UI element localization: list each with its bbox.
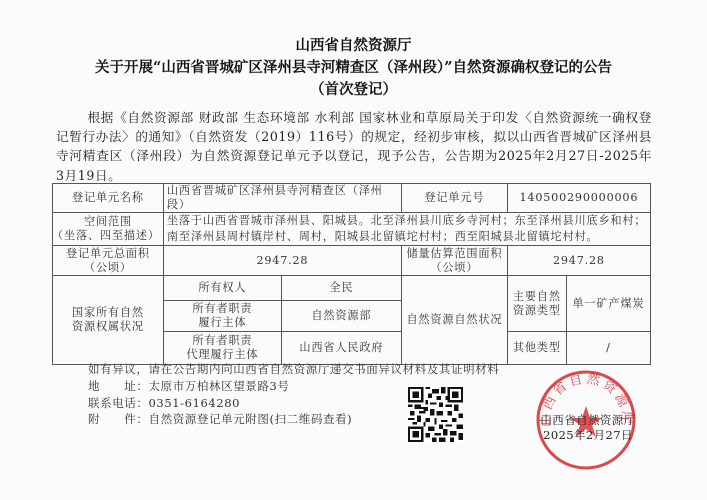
attachment-value: 自然资源登记单元附图(扫二维码查看)	[149, 412, 353, 426]
total-area-label: 登记单元总面积 （公顷）	[53, 246, 164, 276]
announcement-subtitle: （首次登记）	[0, 79, 707, 101]
main-type-label: 主要自然 资源类型	[507, 276, 566, 332]
attachment-label: 附 件：	[88, 411, 149, 428]
duty-value: 自然资源部	[281, 301, 401, 332]
total-area-value: 2947.28	[163, 246, 401, 276]
announcement-body: 根据《自然资源部 财政部 生态环境部 水利部 国家林业和草原局关于印发〈自然资源…	[56, 108, 652, 185]
duty-label-line2: 履行主体	[167, 316, 278, 330]
unit-name-label: 登记单元名称	[53, 184, 164, 213]
table-row: 国家所有自然 资源权属状况 所有权人 全民 自然资源自然状况 主要自然 资源类型…	[53, 276, 651, 301]
scope-value: 坐落于山西省晋城市泽州县、阳城县。北至泽州县川底乡寺河村；东至泽州县川底乡和村；…	[163, 213, 650, 246]
unit-no-value: 140500290000006	[507, 184, 650, 213]
scope-label: 空间范围 （坐落、四至描述）	[53, 213, 164, 246]
issuer-heading: 山西省自然资源厅	[0, 35, 707, 57]
total-area-label-line2: （公顷）	[56, 261, 160, 275]
registration-table: 登记单元名称 山西省晋城矿区泽州县寺河精查区（泽州段） 登记单元号 140500…	[52, 183, 651, 365]
scope-label-line1: 空间范围	[56, 215, 160, 229]
agent-value: 山西省人民政府	[281, 332, 401, 365]
other-type-value: /	[566, 332, 650, 365]
reserve-area-value: 2947.28	[507, 246, 650, 276]
unit-no-label: 登记单元号	[401, 184, 507, 213]
owner-value: 全民	[281, 276, 401, 301]
duty-label: 所有者职责 履行主体	[163, 301, 281, 332]
table-row: 登记单元总面积 （公顷） 2947.28 储量估算范围面积 （公顷） 2947.…	[53, 246, 651, 276]
ownership-label: 国家所有自然 资源权属状况	[53, 276, 164, 365]
agent-label: 所有者职责 代理履行主体	[163, 332, 281, 365]
owner-label: 所有权人	[163, 276, 281, 301]
reserve-area-label: 储量估算范围面积 （公顷）	[401, 246, 507, 276]
total-area-label-line1: 登记单元总面积	[56, 247, 160, 261]
nature-label: 自然资源自然状况	[401, 276, 507, 365]
table-row: 登记单元名称 山西省晋城矿区泽州县寺河精查区（泽州段） 登记单元号 140500…	[53, 184, 651, 213]
announcement-page: 山西省自然资源厅 关于开展“山西省晋城矿区泽州县寺河精查区（泽州段）”自然资源确…	[0, 0, 707, 500]
duty-label-line1: 所有者职责	[167, 302, 278, 316]
table-row: 空间范围 （坐落、四至描述） 坐落于山西省晋城市泽州县、阳城县。北至泽州县川底乡…	[53, 213, 651, 246]
reserve-area-label-line1: 储量估算范围面积	[405, 247, 504, 261]
phone-label: 联系电话：	[88, 395, 149, 412]
phone-value: 0351-6164280	[149, 396, 241, 410]
objection-line: 如有异议，请在公告期内向山西省自然资源厅递交书面异议材料及其证明材料	[88, 361, 499, 378]
unit-name-value: 山西省晋城矿区泽州县寺河精查区（泽州段）	[163, 184, 401, 213]
main-type-label-line2: 资源类型	[511, 304, 563, 318]
main-type-label-line1: 主要自然	[511, 290, 563, 304]
address-value: 太原市万柏林区望景路3号	[149, 379, 290, 393]
agent-label-line2: 代理履行主体	[167, 348, 278, 362]
seal-date: 2025年2月27日	[538, 428, 638, 442]
reserve-area-label-line2: （公顷）	[405, 261, 504, 275]
qr-code-icon[interactable]	[408, 387, 463, 442]
announcement-title: 关于开展“山西省晋城矿区泽州县寺河精查区（泽州段）”自然资源确权登记的公告	[0, 57, 707, 79]
ownership-label-line2: 资源权属状况	[56, 320, 160, 334]
address-label: 地 址：	[88, 378, 149, 395]
main-type-value: 单一矿产煤炭	[566, 276, 650, 332]
seal-issuer: 山西省自然资源厅	[538, 413, 638, 427]
other-type-label: 其他类型	[507, 332, 566, 365]
agent-label-line1: 所有者职责	[167, 334, 278, 348]
scope-label-line2: （坐落、四至描述）	[52, 229, 160, 243]
ownership-label-line1: 国家所有自然	[56, 306, 160, 320]
